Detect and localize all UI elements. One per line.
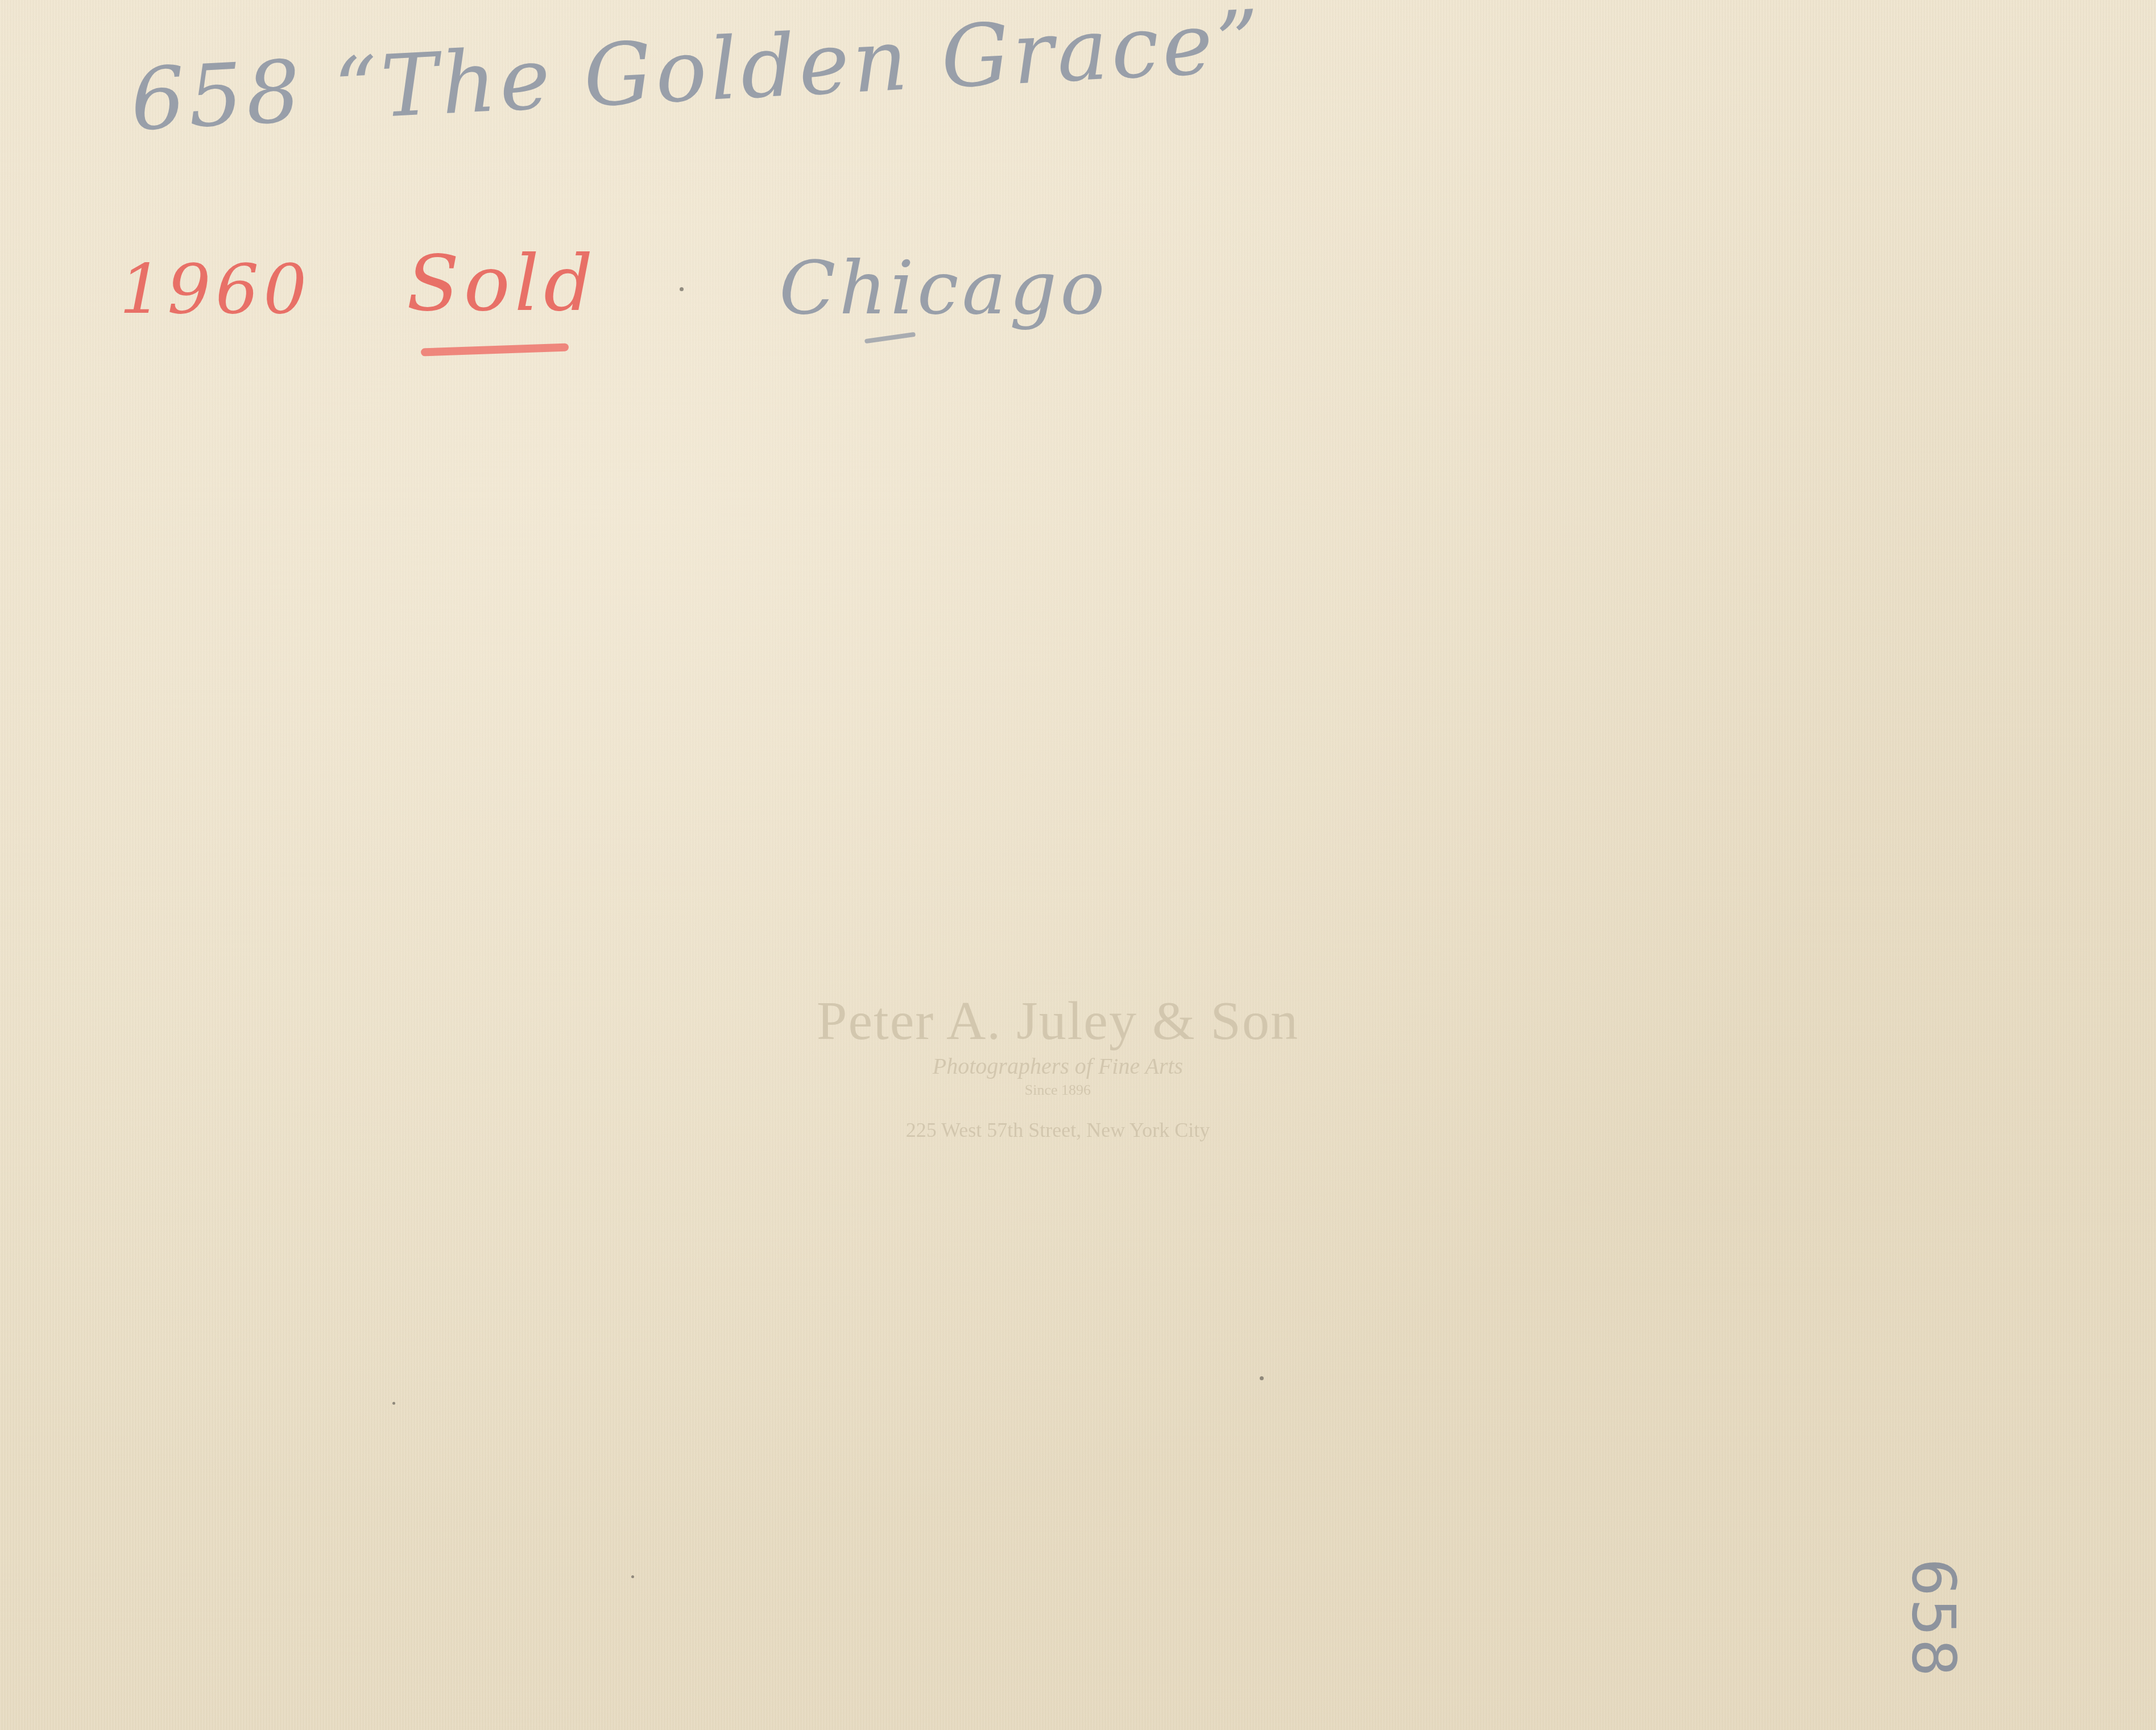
speck <box>392 1402 395 1405</box>
handwritten-sold-status: Sold <box>407 239 597 328</box>
city-underline-mark <box>864 332 916 343</box>
speck <box>631 1575 634 1578</box>
stamp-address: 225 West 57th Street, New York City <box>785 1116 1331 1144</box>
photographer-stamp: Peter A. Juley & Son Photographers of Fi… <box>785 990 1331 1144</box>
stamp-studio-name: Peter A. Juley & Son <box>785 990 1331 1052</box>
stamp-since: Since 1896 <box>785 1081 1331 1100</box>
speck <box>1260 1376 1264 1380</box>
handwritten-year: 1960 <box>119 250 311 329</box>
pencil-dot <box>680 287 684 291</box>
rotated-catalog-number: 658 <box>1898 1558 1968 1679</box>
stamp-subtitle: Photographers of Fine Arts <box>785 1052 1331 1081</box>
sold-underline <box>421 343 569 356</box>
handwritten-city: Chicago <box>779 245 1108 331</box>
photo-verso-paper: 658 “The Golden Grace” 1960 Sold Chicago… <box>0 0 2156 1730</box>
handwritten-title: 658 “The Golden Grace” <box>128 0 1265 150</box>
